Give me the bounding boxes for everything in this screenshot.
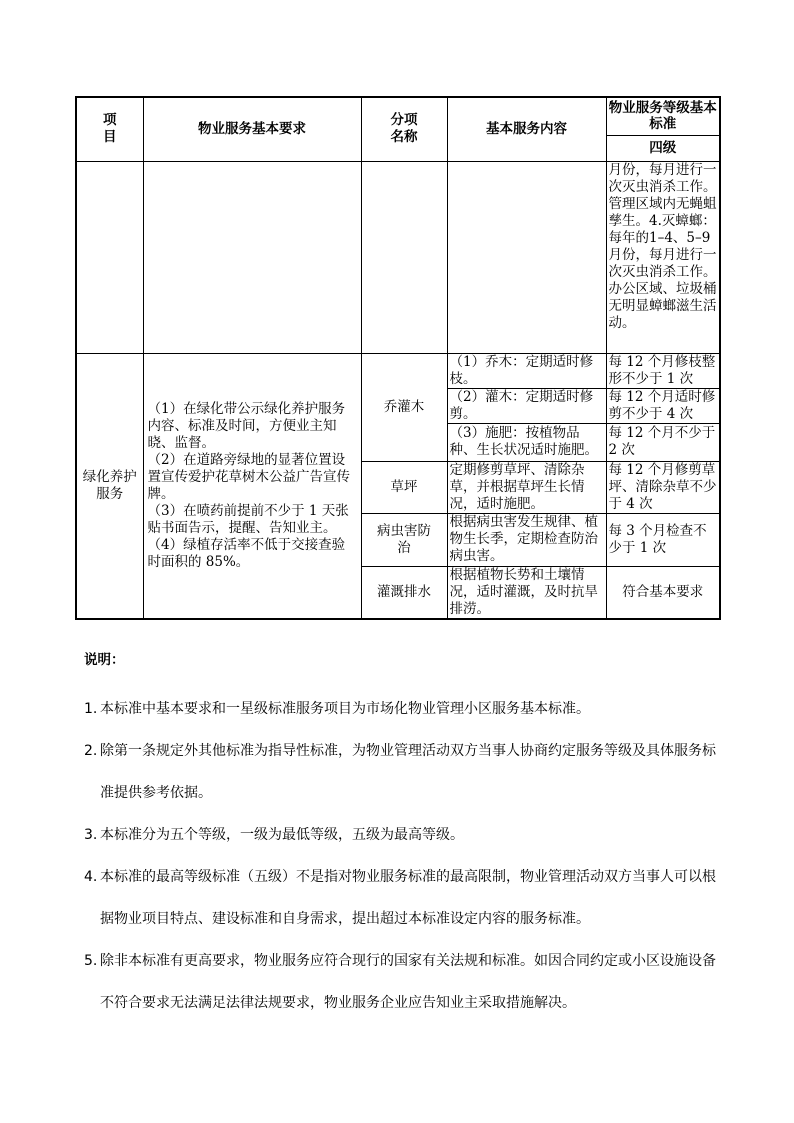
note-text: 本标准的最高等级标准（五级）不是指对物业服务标准的最高限制，物业管理活动双方当事…	[100, 856, 724, 940]
cell-subitem-trees: 乔灌木	[361, 353, 447, 461]
table-row-continuation: 月份，每月进行一次灭虫消杀工作。管理区域内无蝇蛆孳生。4.灭蟑螂：每年的1–4、…	[76, 161, 720, 353]
header-item-line2: 目	[79, 129, 141, 146]
document-page: 项 目 物业服务基本要求 分项 名称 基本服务内容 物业服务等级基本标准 四级 …	[0, 0, 794, 1123]
cell-level4: 符合基本要求	[606, 566, 720, 619]
notes-section: 说明： 1. 本标准中基本要求和一星级标准服务项目为市场化物业管理小区服务基本标…	[84, 648, 724, 1024]
notes-title: 说明：	[84, 648, 724, 668]
cell-subitem-lawn: 草坪	[361, 461, 447, 513]
requirement-4: （4）绿植存活率不低于交接查验时面积的 85%。	[148, 537, 357, 571]
cell-level4: 每 12 个月适时修剪不少于 4 次	[606, 388, 720, 423]
cell-subitem-irrigation: 灌溉排水	[361, 566, 447, 619]
cell-empty	[76, 161, 143, 353]
cell-content: 定期修剪草坪、清除杂草，并根据草坪生长情况，适时施肥。	[447, 461, 606, 513]
requirement-3: （3）在喷药前提前不少于 1 天张贴书面告示，提醒、告知业主。	[148, 503, 357, 537]
header-subitem-name: 分项 名称	[361, 97, 447, 161]
cell-level4: 每 3 个月检查不少于 1 次	[606, 513, 720, 566]
note-number: 4.	[84, 856, 100, 940]
cell-level4-pest: 月份，每月进行一次灭虫消杀工作。管理区域内无蝇蛆孳生。4.灭蟑螂：每年的1–4、…	[606, 161, 720, 353]
cell-content: 根据植物长势和土壤情况，适时灌溉，及时抗旱排涝。	[447, 566, 606, 619]
cell-subitem-pest: 病虫害防治	[361, 513, 447, 566]
cell-empty	[447, 161, 606, 353]
note-item: 2. 除第一条规定外其他标准为指导性标准，为物业管理活动双方当事人协商约定服务等…	[84, 730, 724, 814]
cell-empty	[361, 161, 447, 353]
table-row: 绿化养护服务 （1）在绿化带公示绿化养护服务内容、标准及时间，方便业主知晓、监督…	[76, 353, 720, 388]
cell-item-green: 绿化养护服务	[76, 353, 143, 619]
cell-content: （2）灌木：定期适时修剪。	[447, 388, 606, 423]
cell-level4: 每 12 个月不少于 2 次	[606, 423, 720, 461]
note-text: 除非本标准有更高要求，物业服务应符合现行的国家有关法规和标准。如因合同约定或小区…	[100, 940, 724, 1024]
note-number: 3.	[84, 814, 100, 856]
requirement-2: （2）在道路旁绿地的显著位置设置宣传爱护花草树木公益广告宣传牌。	[148, 452, 357, 503]
cell-content: 根据病虫害发生规律、植物生长季，定期检查防治病虫害。	[447, 513, 606, 566]
cell-level4: 每 12 个月修枝整形不少于 1 次	[606, 353, 720, 388]
requirement-1: （1）在绿化带公示绿化养护服务内容、标准及时间，方便业主知晓、监督。	[148, 401, 357, 452]
note-item: 1. 本标准中基本要求和一星级标准服务项目为市场化物业管理小区服务基本标准。	[84, 688, 724, 730]
header-subitem-line2: 名称	[364, 129, 445, 146]
note-number: 2.	[84, 730, 100, 814]
cell-content: （3）施肥：按植物品种、生长状况适时施肥。	[447, 423, 606, 461]
header-basic-requirements: 物业服务基本要求	[143, 97, 361, 161]
header-item-line1: 项	[79, 112, 141, 129]
note-text: 本标准分为五个等级，一级为最低等级，五级为最高等级。	[100, 814, 724, 856]
note-item: 4. 本标准的最高等级标准（五级）不是指对物业服务标准的最高限制，物业管理活动双…	[84, 856, 724, 940]
header-level-standard: 物业服务等级基本标准	[606, 97, 720, 135]
cell-level4: 每 12 个月修剪草坪、清除杂草不少于 4 次	[606, 461, 720, 513]
header-item: 项 目	[76, 97, 143, 161]
cell-content: （1）乔木：定期适时修枝。	[447, 353, 606, 388]
note-item: 5. 除非本标准有更高要求，物业服务应符合现行的国家有关法规和标准。如因合同约定…	[84, 940, 724, 1024]
cell-empty	[143, 161, 361, 353]
note-text: 除第一条规定外其他标准为指导性标准，为物业管理活动双方当事人协商约定服务等级及具…	[100, 730, 724, 814]
note-text: 本标准中基本要求和一星级标准服务项目为市场化物业管理小区服务基本标准。	[100, 688, 724, 730]
header-basic-content: 基本服务内容	[447, 97, 606, 161]
note-item: 3. 本标准分为五个等级，一级为最低等级，五级为最高等级。	[84, 814, 724, 856]
cell-requirements: （1）在绿化带公示绿化养护服务内容、标准及时间，方便业主知晓、监督。 （2）在道…	[143, 353, 361, 619]
service-standard-table: 项 目 物业服务基本要求 分项 名称 基本服务内容 物业服务等级基本标准 四级 …	[75, 96, 721, 620]
note-number: 1.	[84, 688, 100, 730]
header-level-four: 四级	[606, 135, 720, 161]
header-subitem-line1: 分项	[364, 112, 445, 129]
note-number: 5.	[84, 940, 100, 1024]
